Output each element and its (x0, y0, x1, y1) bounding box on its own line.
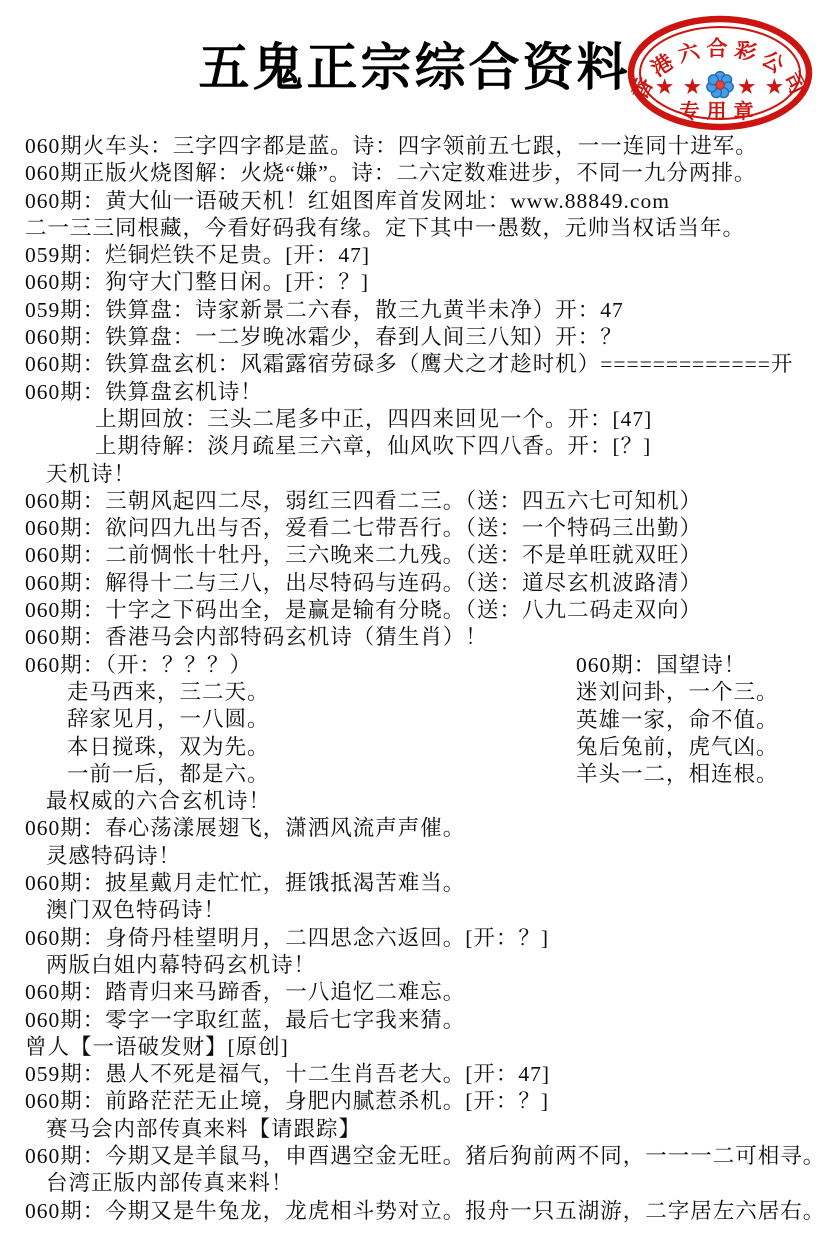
text-line: 羊头一二，相连根。 (576, 761, 779, 788)
text-line: 英雄一家，命不值。 (576, 707, 779, 734)
text-line: 兔后兔前，虎气凶。 (576, 734, 779, 761)
text-line: 天机诗！ (0, 461, 829, 488)
text-line: 060期：三朝风起四二尽，弱红三四看二三。（送：四五六七可知机） (0, 488, 829, 515)
text-line: 060期：春心荡漾展翅飞，潇洒风流声声催。 (0, 815, 829, 842)
text-line: 最权威的六合玄机诗！ (0, 788, 829, 815)
text-line: 059期：愚人不死是福气，十二生肖吾老大。[开：47] (0, 1061, 829, 1088)
text-line: 060期：零字一字取红蓝，最后七字我来猜。 (0, 1007, 829, 1034)
text-line: 060期：国望诗！ (576, 652, 779, 679)
text-line: 060期：披星戴月走忙忙，捱饿抵渴苦难当。 (0, 870, 829, 897)
text-line: 060期：黄大仙一语破天机！红姐图库首发网址：www.88849.com (0, 188, 829, 215)
text-line: 060期正版火烧图解：火烧“嫌”。诗：二六定数难进步，不同一九分两排。 (0, 160, 829, 187)
text-line: 迷刘问卦，一个三。 (576, 679, 779, 706)
seal-bottom-text: 专用章 (680, 99, 761, 123)
text-line: 060期：身倚丹桂望明月，二四思念六返回。[开：？] (0, 925, 829, 952)
right-column-poem: 060期：国望诗！迷刘问卦，一个三。英雄一家，命不值。兔后兔前，虎气凶。羊头一二… (576, 652, 779, 788)
text-line: 060期：铁算盘玄机诗！ (0, 379, 829, 406)
text-line: 060期：今期又是牛兔龙，龙虎相斗势对立。报舟一只五湖游，二字居左六居右。 (0, 1198, 829, 1225)
text-line: 060期：香港马会内部特码玄机诗（猜生肖）！ (0, 624, 829, 651)
text-line: 060期：铁算盘玄机：风霜露宿劳碌多（鹰犬之才趁时机）=============… (0, 351, 829, 378)
text-line: 灵感特码诗！ (0, 843, 829, 870)
text-line: 060期：铁算盘：一二岁晚冰霜少，春到人间三八知）开：？ (0, 324, 829, 351)
text-line: 060期：踏青归来马蹄香，一八追忆二难忘。 (0, 979, 829, 1006)
text-line: 059期：烂铜烂铁不足贵。[开：47] (0, 242, 829, 269)
seal-stars-right-icon: ★ ★ (738, 77, 786, 98)
text-line: 澳门双色特码诗！ (0, 897, 829, 924)
text-line: 060期：今期又是羊鼠马，申酉遇空金无旺。猪后狗前两不同，一一一二可相寻。 (0, 1143, 829, 1170)
text-line: 060期：解得十二与三八，出尽特码与连码。（送：道尽玄机波路清） (0, 570, 829, 597)
text-line: 上期回放：三头二尾多中正，四四来回见一个。开：[47] (0, 406, 829, 433)
text-line: 赛马会内部传真来料【请跟踪】 (0, 1116, 829, 1143)
text-line: 台湾正版内部传真来料！ (0, 1170, 829, 1197)
lottery-info-page: 五鬼正宗综合资料 香港六合彩公司 ★ ★ ★ ★ 专用章 060期火车头：三字四… (0, 0, 829, 1257)
seal-stars-left-icon: ★ ★ (656, 77, 704, 98)
text-line: 曾人【一语破发财】[原创] (0, 1034, 829, 1061)
text-line: 060期：前路茫茫无止境，身肥内腻惹杀机。[开：？] (0, 1088, 829, 1115)
text-line: 059期：铁算盘：诗家新景二六春，散三九黄半未净）开：47 (0, 297, 829, 324)
text-line: 060期：狗守大门整日闲。[开：？] (0, 269, 829, 296)
text-line: 两版白姐内幕特码玄机诗！ (0, 952, 829, 979)
text-line: 上期待解：淡月疏星三六章，仙风吹下四八香。开：[？] (0, 433, 829, 460)
company-seal: 香港六合彩公司 ★ ★ ★ ★ 专用章 (624, 14, 816, 132)
text-line: 060期：二前惆怅十牡丹，三六晚来二九残。（送：不是单旺就双旺） (0, 542, 829, 569)
text-line: 060期火车头：三字四字都是蓝。诗：四字领前五七跟，一一连同十进军。 (0, 133, 829, 160)
text-line: 二一三三同根藏，今看好码我有缘。定下其中一愚数，元帅当权话当年。 (0, 215, 829, 242)
text-line: 060期：欲问四九出与否，爱看二七带吾行。（送：一个特码三出勤） (0, 515, 829, 542)
blue-flower-icon (707, 72, 733, 98)
text-line: 060期：十字之下码出全，是赢是输有分晓。（送：八九二码走双向） (0, 597, 829, 624)
